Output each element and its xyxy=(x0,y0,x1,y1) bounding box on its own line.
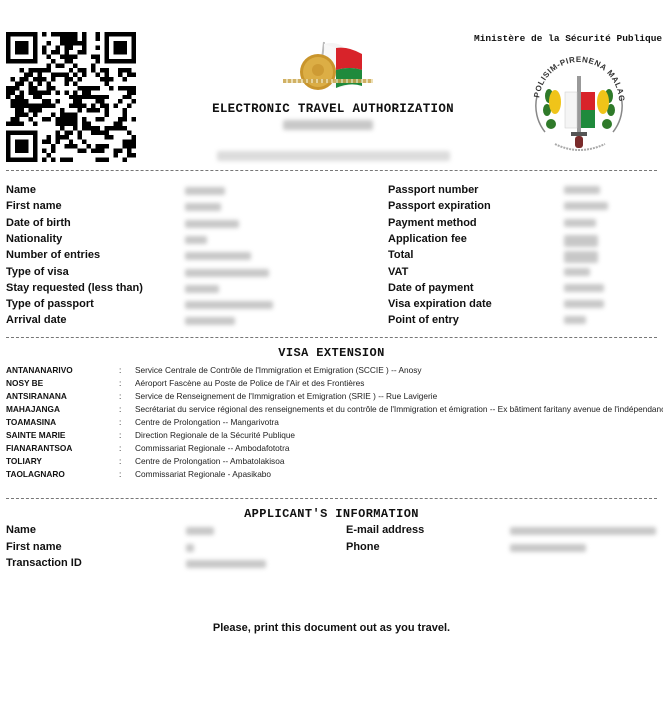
field-label: Visa expiration date xyxy=(388,298,492,310)
extension-separator: : xyxy=(119,378,121,388)
field-label: Passport expiration xyxy=(388,200,491,212)
field-label: Passport number xyxy=(388,184,478,196)
separator-line xyxy=(6,498,657,499)
field-label: Name xyxy=(6,184,36,196)
field-label: Date of payment xyxy=(388,282,474,294)
field-label: Number of entries xyxy=(6,249,100,261)
redacted-field-value xyxy=(564,235,598,247)
applicant-field-label: Transaction ID xyxy=(6,557,82,569)
field-label: Stay requested (less than) xyxy=(6,282,143,294)
extension-city: TOAMASINA xyxy=(6,417,56,427)
extension-separator: : xyxy=(119,365,121,375)
field-label: Payment method xyxy=(388,217,477,229)
ministry-name: Ministère de la Sécurité Publique xyxy=(474,33,662,44)
redacted-reference-number xyxy=(283,120,373,130)
extension-office: Centre de Prolongation -- Ambatolakisoa xyxy=(135,456,284,466)
redacted-field-value xyxy=(564,268,590,276)
redacted-field-value xyxy=(185,301,273,309)
redacted-field-value xyxy=(185,203,221,211)
redacted-field-value xyxy=(185,317,235,325)
applicant-field-label: E-mail address xyxy=(346,524,424,536)
redacted-field-value xyxy=(185,187,225,195)
document-title: ELECTRONIC TRAVEL AUTHORIZATION xyxy=(198,102,468,116)
extension-office: Commissariat Regionale - Apasikabo xyxy=(135,469,271,479)
redacted-subtitle xyxy=(217,151,450,161)
extension-city: MAHAJANGA xyxy=(6,404,60,414)
field-label: VAT xyxy=(388,266,408,278)
redacted-field-value xyxy=(564,316,586,324)
extension-city: TAOLAGNARO xyxy=(6,469,65,479)
redacted-field-value xyxy=(564,202,608,210)
field-label: Date of birth xyxy=(6,217,71,229)
field-label: Nationality xyxy=(6,233,62,245)
separator-line xyxy=(6,337,657,338)
extension-separator: : xyxy=(119,469,121,479)
extension-city: ANTANANARIVO xyxy=(6,365,73,375)
redacted-field-value xyxy=(185,285,219,293)
extension-separator: : xyxy=(119,443,121,453)
extension-separator: : xyxy=(119,430,121,440)
field-label: Type of visa xyxy=(6,266,69,278)
redacted-field-value xyxy=(185,220,239,228)
redacted-field-value xyxy=(564,300,604,308)
extension-city: ANTSIRANANA xyxy=(6,391,67,401)
extension-office: Service Centrale de Contrôle de l'Immigr… xyxy=(135,365,422,375)
field-label: Point of entry xyxy=(388,314,459,326)
field-label: Type of passport xyxy=(6,298,94,310)
applicant-field-label: First name xyxy=(6,541,62,553)
separator-line xyxy=(6,170,657,171)
redacted-field-value xyxy=(185,269,269,277)
redacted-field-value xyxy=(564,251,598,263)
extension-separator: : xyxy=(119,456,121,466)
redacted-field-value xyxy=(185,252,251,260)
extension-office: Centre de Prolongation -- Mangarivotra xyxy=(135,417,279,427)
extension-separator: : xyxy=(119,417,121,427)
field-label: Total xyxy=(388,249,413,261)
redacted-applicant-value xyxy=(510,544,586,552)
qr-code-icon xyxy=(6,32,136,162)
field-label: Application fee xyxy=(388,233,467,245)
polisim-pirenena-malagasy-logo-icon: POLISIM-PIRENENA MALAGASY xyxy=(525,46,633,156)
extension-separator: : xyxy=(119,391,121,401)
field-label: First name xyxy=(6,200,62,212)
extension-separator: : xyxy=(119,404,121,414)
extension-city: SAINTE MARIE xyxy=(6,430,65,440)
emblem-caption xyxy=(283,79,373,83)
print-instruction: Please, print this document out as you t… xyxy=(0,622,663,634)
extension-city: NOSY BE xyxy=(6,378,43,388)
extension-office: Direction Regionale de la Sécurité Publi… xyxy=(135,430,295,440)
extension-office: Secrétariat du service régional des rens… xyxy=(135,404,663,414)
visa-extension-title: VISA EXTENSION xyxy=(0,346,663,360)
madagascar-republic-emblem-icon xyxy=(296,38,368,100)
redacted-applicant-value xyxy=(510,527,656,535)
redacted-field-value xyxy=(185,236,207,244)
extension-office: Commissariat Regionale -- Ambodafototra xyxy=(135,443,289,453)
applicant-field-label: Phone xyxy=(346,541,380,553)
redacted-field-value xyxy=(564,219,596,227)
applicant-field-label: Name xyxy=(6,524,36,536)
extension-city: TOLIARY xyxy=(6,456,42,466)
redacted-applicant-value xyxy=(186,527,214,535)
redacted-field-value xyxy=(564,186,600,194)
redacted-field-value xyxy=(564,284,604,292)
redacted-applicant-value xyxy=(186,560,266,568)
extension-city: FIANARANTSOA xyxy=(6,443,72,453)
field-label: Arrival date xyxy=(6,314,67,326)
extension-office: Aéroport Fascène au Poste de Police de l… xyxy=(135,378,364,388)
extension-office: Service de Renseignement de l'Immigratio… xyxy=(135,391,437,401)
redacted-applicant-value xyxy=(186,544,194,552)
applicant-info-title: APPLICANT'S INFORMATION xyxy=(0,507,663,521)
